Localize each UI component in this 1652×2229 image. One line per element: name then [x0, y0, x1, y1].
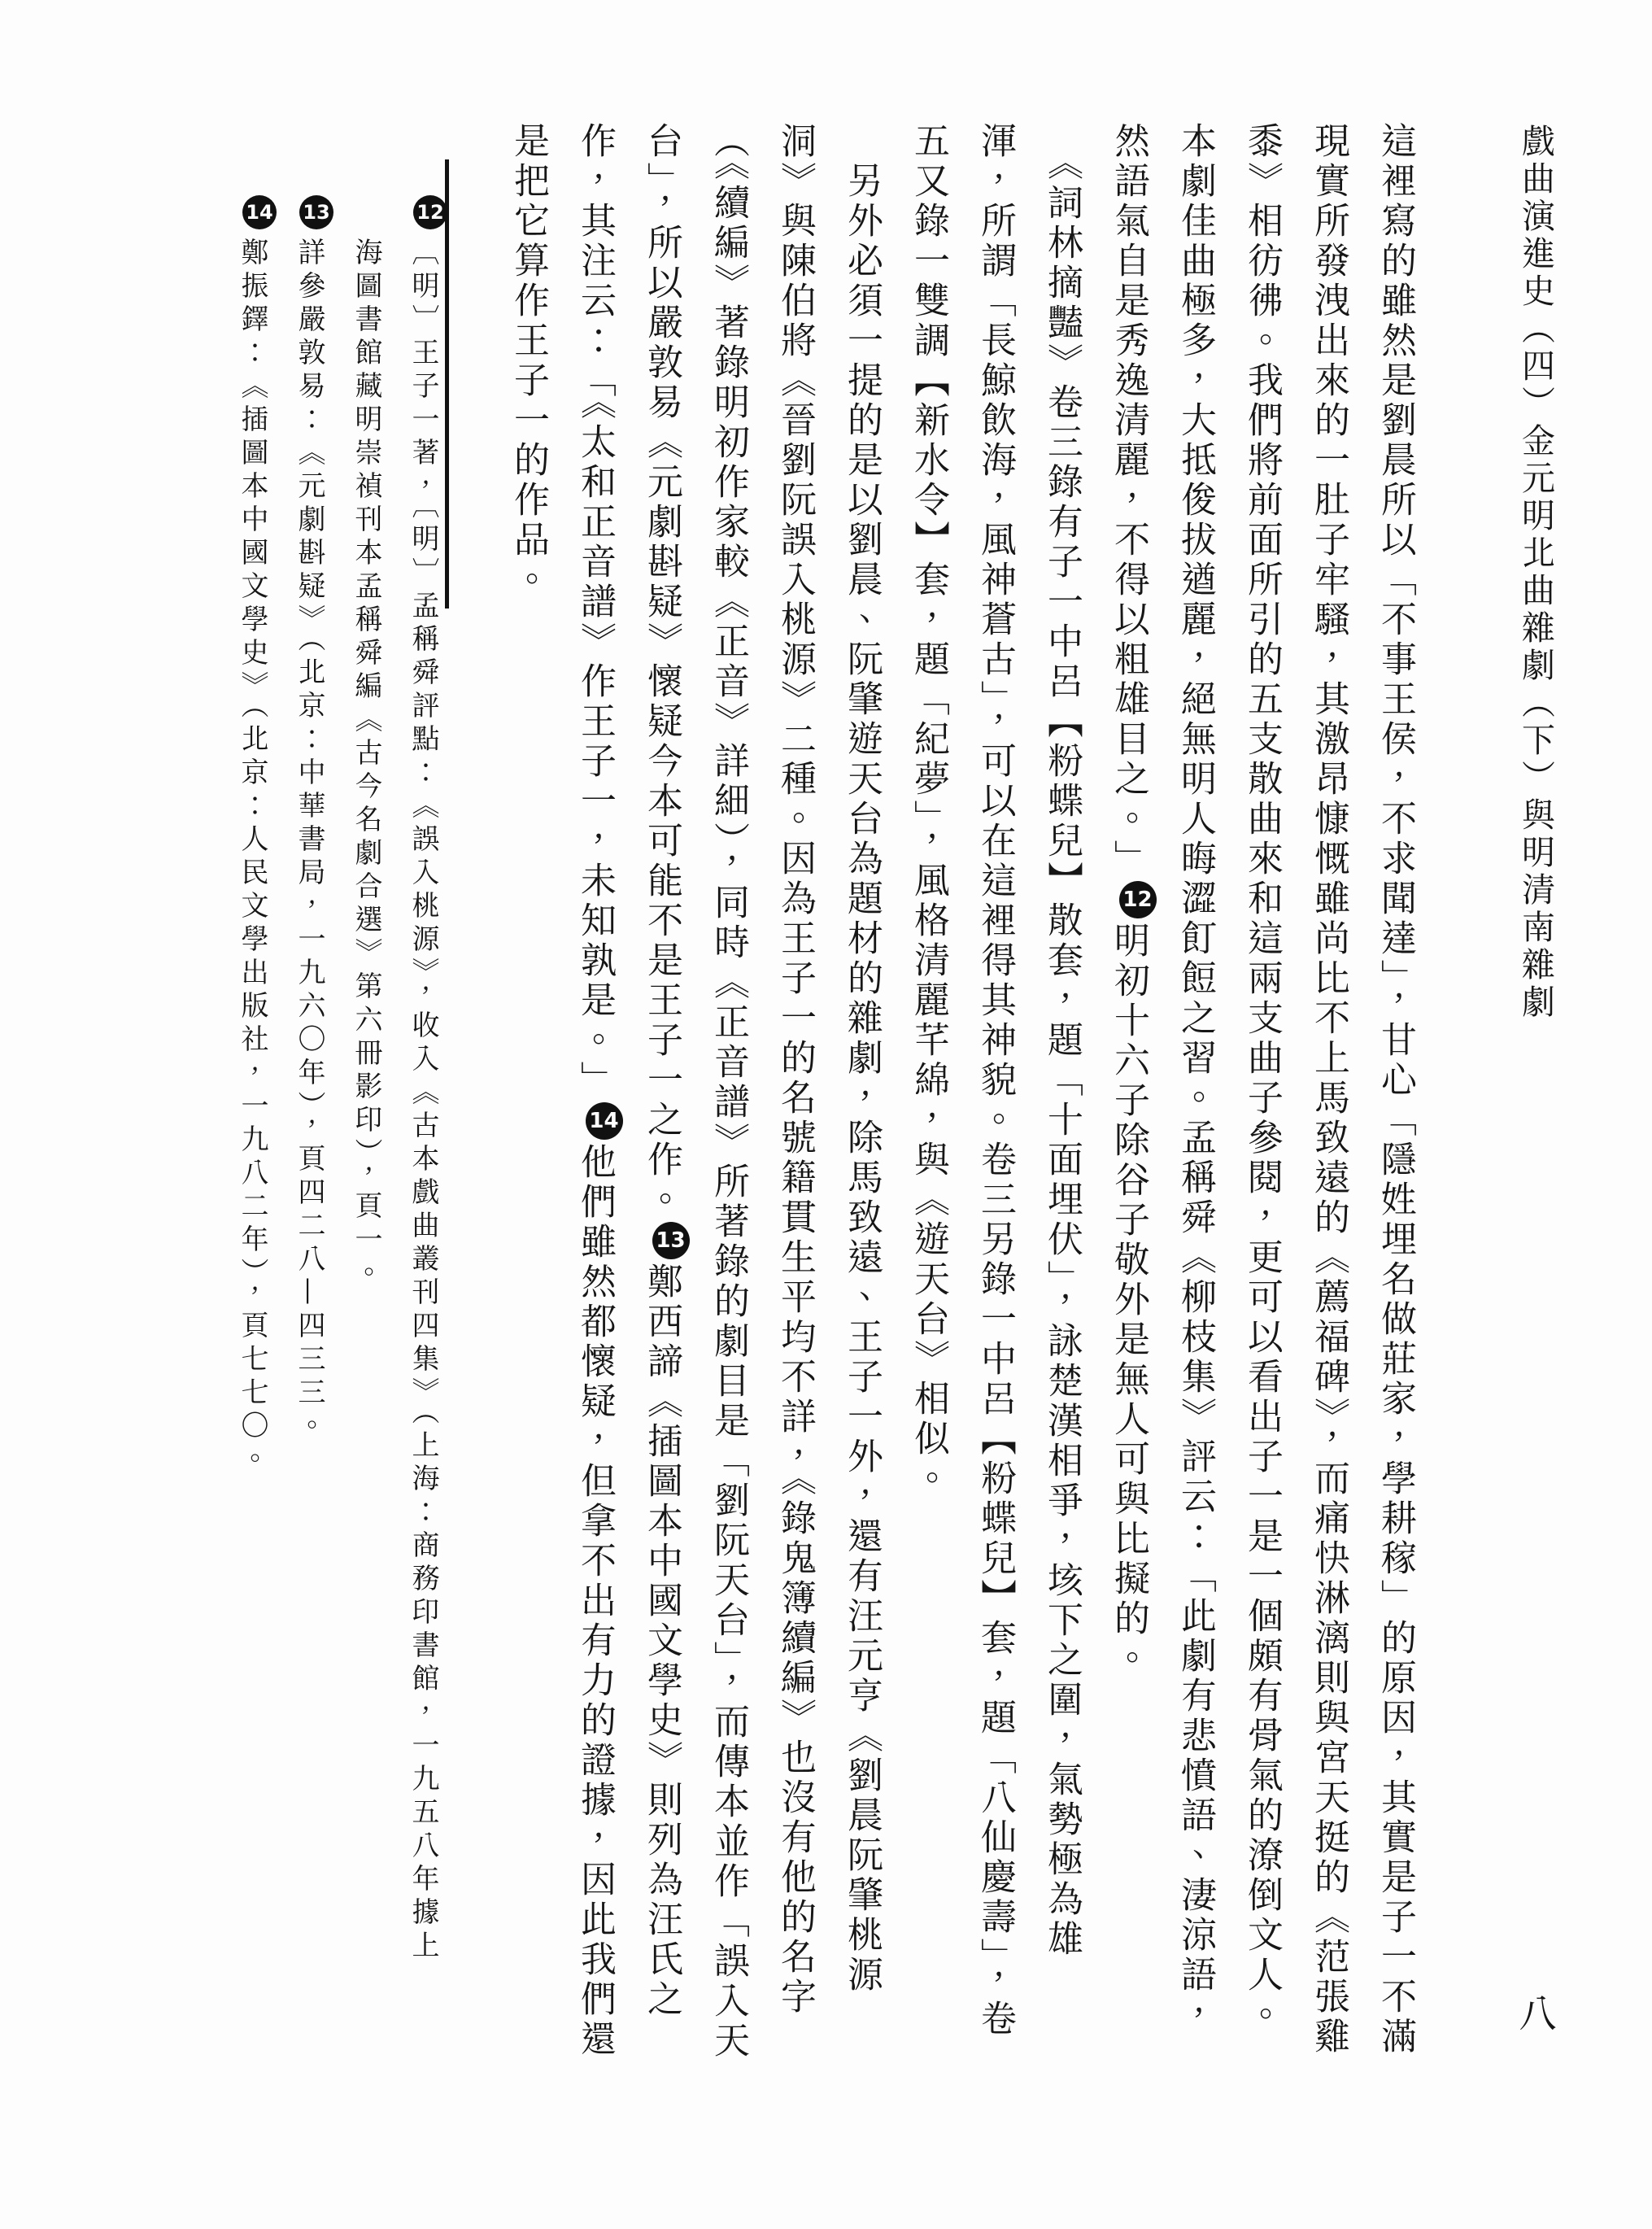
footnotes-block: 12〔明〕王子一著，〔明〕孟稱舜評點：《誤入桃源》，收入《古本戲曲叢刊四集》（上…	[224, 195, 451, 2188]
text-column-p2-3: 五又錄一雙調【新水令】套，題「紀夢」，風格清麗芊綿，與《遊天台》相似。	[895, 122, 961, 2099]
text-column-p3-4: 台」，所以嚴敦易《元劇斟疑》懷疑今本可能不是王子一之作。13鄭西諦《插圖本中國文…	[628, 122, 695, 2099]
text-column-p1-1: 這裡寫的雖然是劉晨所以「不事王侯，不求聞達」，甘心「隱姓埋名做莊家，學耕稼」的原…	[1362, 122, 1428, 2099]
text-column-p3-6: 是把它算作王子一的作品。	[495, 122, 561, 2099]
text-column-p1-5: 然語氣自是秀逸清麗，不得以粗雄目之。」12明初十六子除谷子敬外是無人可與比擬的。	[1095, 122, 1162, 2099]
running-title: 戲曲演進史（四）金元明北曲雜劇（下）與明清南雜劇	[1501, 124, 1571, 1263]
footnote-13-column-1: 13詳參嚴敦易：《元劇斟疑》（北京：中華書局，一九六〇年），頁四二八—四三三。	[281, 195, 338, 2188]
footnote-14-column-1: 14鄭振鐸：《插圖本中國文學史》（北京：人民文學出版社，一九八二年），頁七七〇。	[224, 195, 281, 2188]
text-column-p2-1: 《詞林摘豔》卷三錄有子一中呂【粉蝶兒】散套，題「十面埋伏」，詠楚漢相爭，垓下之圍…	[1028, 122, 1095, 2099]
text-column-p3-1: 另外必須一提的是以劉晨、阮肇遊天台為題材的雜劇，除馬致遠、王子一外，還有汪元亨《…	[828, 122, 895, 2099]
footnote-12-column-1: 12〔明〕王子一著，〔明〕孟稱舜評點：《誤入桃源》，收入《古本戲曲叢刊四集》（上…	[394, 195, 451, 2188]
text-column-p3-3: （《續編》著錄明初作家較《正音》詳細），同時《正音譜》所著錄的劇目是「劉阮天台」…	[695, 122, 761, 2099]
text-column-p1-4: 本劇佳曲極多，大抵俊拔遒麗，絕無明人晦澀飣餖之習。孟稱舜《柳枝集》評云：「此劇有…	[1162, 122, 1228, 2099]
page-number: 八	[1493, 1993, 1575, 2031]
footnote-marker-14-icon: 14	[242, 195, 277, 229]
text-column-p1-2: 現實所發洩出來的一肚子牢騷，其激昂慷慨雖尚比不上馬致遠的《薦福碑》，而痛快淋漓則…	[1295, 122, 1362, 2099]
scanned-book-page: { "page": { "background_color": "#fdfdfd…	[0, 0, 1652, 2229]
footnote-12-column-2: 海圖書館藏明崇禎刊本孟稱舜編《古今名劇合選》第六冊影印），頁一。	[338, 195, 394, 2229]
footnote-marker-14-icon: 14	[586, 1102, 623, 1140]
footnote-marker-13-icon: 13	[652, 1222, 690, 1259]
text-column-p3-2: 洞》與陳伯將《晉劉阮誤入桃源》二種。因為王子一的名號籍貫生平均不詳，《錄鬼簿續編…	[761, 122, 828, 2099]
footnote-marker-12-icon: 12	[1119, 881, 1157, 918]
footnote-marker-12-icon: 12	[413, 195, 447, 229]
footnote-marker-13-icon: 13	[299, 195, 333, 229]
text-column-p2-2: 渾，所謂「長鯨飲海，風神蒼古」，可以在這裡得其神貌。卷三另錄一中呂【粉蝶兒】套，…	[961, 122, 1028, 2099]
main-text-block: 這裡寫的雖然是劉晨所以「不事王侯，不求聞達」，甘心「隱姓埋名做莊家，學耕稼」的原…	[495, 122, 1428, 2099]
text-column-p3-5: 作，其注云：「《太和正音譜》作王子一，未知孰是。」14他們雖然都懷疑，但拿不出有…	[561, 122, 628, 2099]
text-column-p1-3: 黍》相彷彿。我們將前面所引的五支散曲來和這兩支曲子參閱，更可以看出子一是一個頗有…	[1228, 122, 1295, 2099]
